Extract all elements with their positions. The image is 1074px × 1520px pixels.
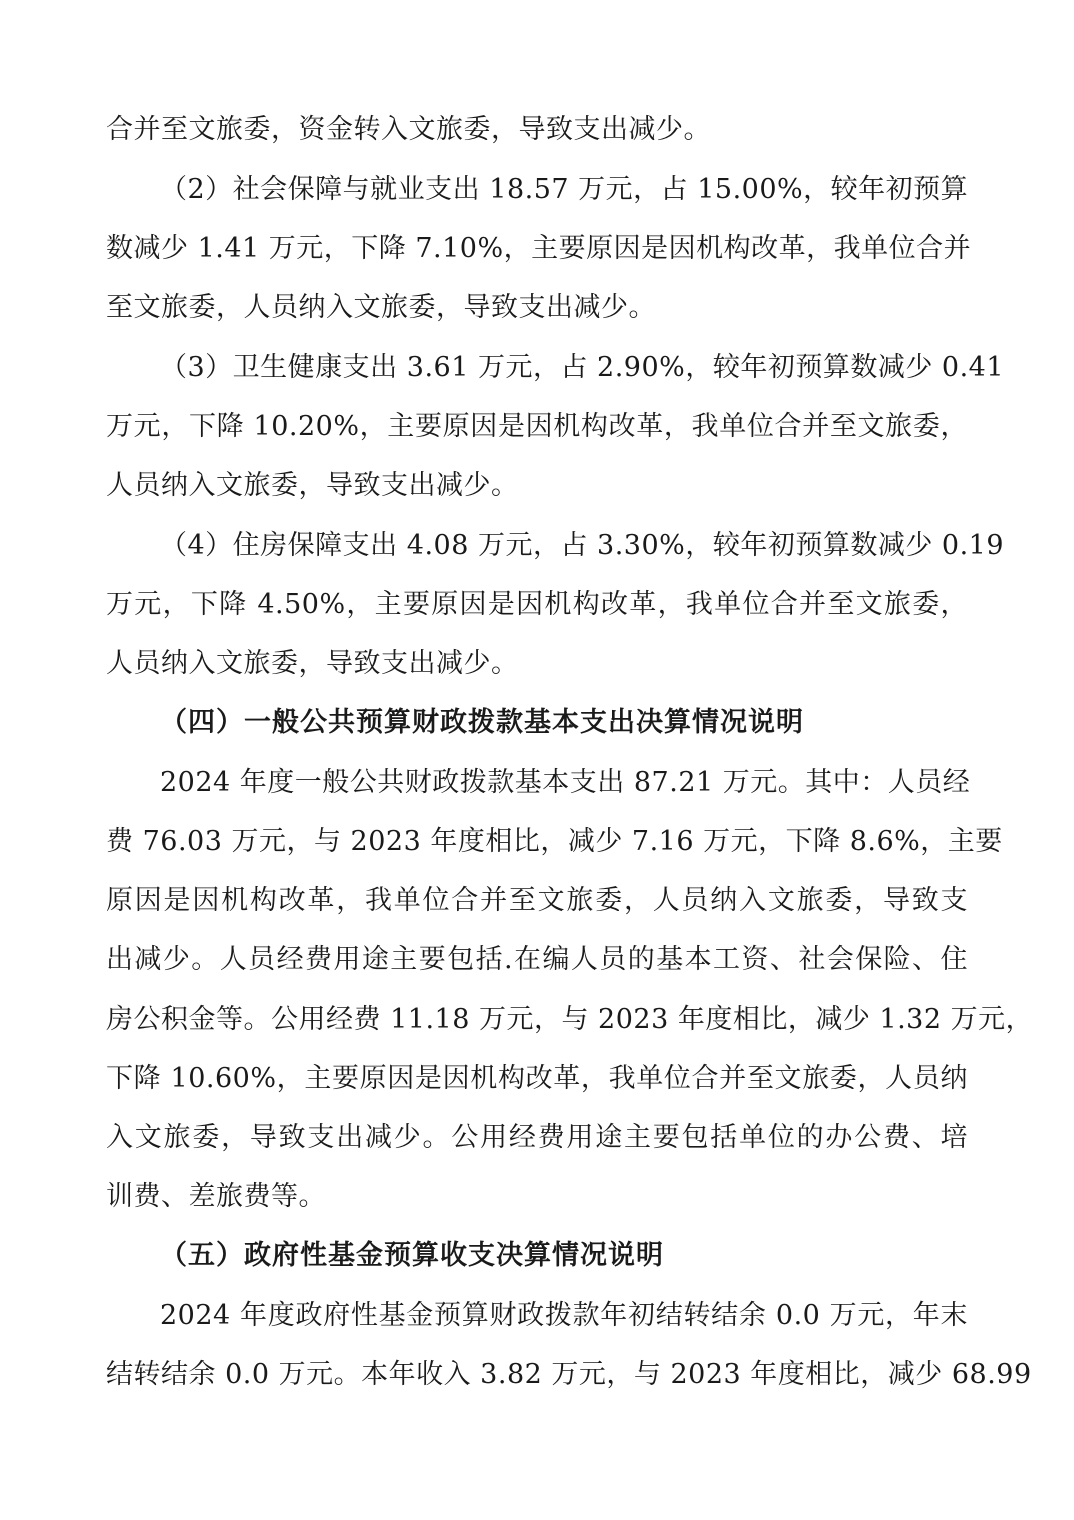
paragraph-line: 出减少。人员经费用途主要包括.在编人员的基本工资、社会保险、住 [106, 940, 968, 980]
paragraph-line: （4）住房保障支出 4.08 万元，占 3.30%，较年初预算数减少 0.19 [160, 526, 968, 566]
paragraph-line: 入文旅委，导致支出减少。公用经费用途主要包括单位的办公费、培 [106, 1118, 968, 1158]
paragraph-line: 人员纳入文旅委，导致支出减少。 [106, 644, 968, 684]
paragraph-line: 训费、差旅费等。 [106, 1177, 968, 1217]
paragraph-line: 费 76.03 万元，与 2023 年度相比，减少 7.16 万元，下降 8.6… [106, 822, 968, 862]
paragraph-line: 2024 年度政府性基金预算财政拨款年初结转结余 0.0 万元，年末 [160, 1296, 968, 1336]
paragraph-line: 数减少 1.41 万元，下降 7.10%，主要原因是因机构改革，我单位合并 [106, 229, 968, 269]
paragraph-line: 万元，下降 4.50%，主要原因是因机构改革，我单位合并至文旅委， [106, 585, 968, 625]
paragraph-line: （3）卫生健康支出 3.61 万元，占 2.90%，较年初预算数减少 0.41 [160, 348, 968, 388]
paragraph-line: 结转结余 0.0 万元。本年收入 3.82 万元，与 2023 年度相比，减少 … [106, 1355, 968, 1395]
paragraph-line: 房公积金等。公用经费 11.18 万元，与 2023 年度相比，减少 1.32 … [106, 1000, 968, 1040]
section-heading: （五）政府性基金预算收支决算情况说明 [160, 1236, 664, 1276]
paragraph-line: 人员纳入文旅委，导致支出减少。 [106, 466, 968, 506]
paragraph-line: 合并至文旅委，资金转入文旅委，导致支出减少。 [106, 110, 968, 150]
paragraph-line: 万元，下降 10.20%，主要原因是因机构改革，我单位合并至文旅委， [106, 407, 968, 447]
paragraph-line: 下降 10.60%，主要原因是因机构改革，我单位合并至文旅委，人员纳 [106, 1059, 968, 1099]
document-page: 合并至文旅委，资金转入文旅委，导致支出减少。 （2）社会保障与就业支出 18.5… [0, 0, 1074, 1520]
section-heading: （四）一般公共预算财政拨款基本支出决算情况说明 [160, 703, 804, 743]
paragraph-line: （2）社会保障与就业支出 18.57 万元，占 15.00%，较年初预算 [160, 170, 968, 210]
paragraph-line: 至文旅委，人员纳入文旅委，导致支出减少。 [106, 288, 968, 328]
paragraph-line: 2024 年度一般公共财政拨款基本支出 87.21 万元。其中：人员经 [160, 763, 968, 803]
paragraph-line: 原因是因机构改革，我单位合并至文旅委，人员纳入文旅委，导致支 [106, 881, 968, 921]
